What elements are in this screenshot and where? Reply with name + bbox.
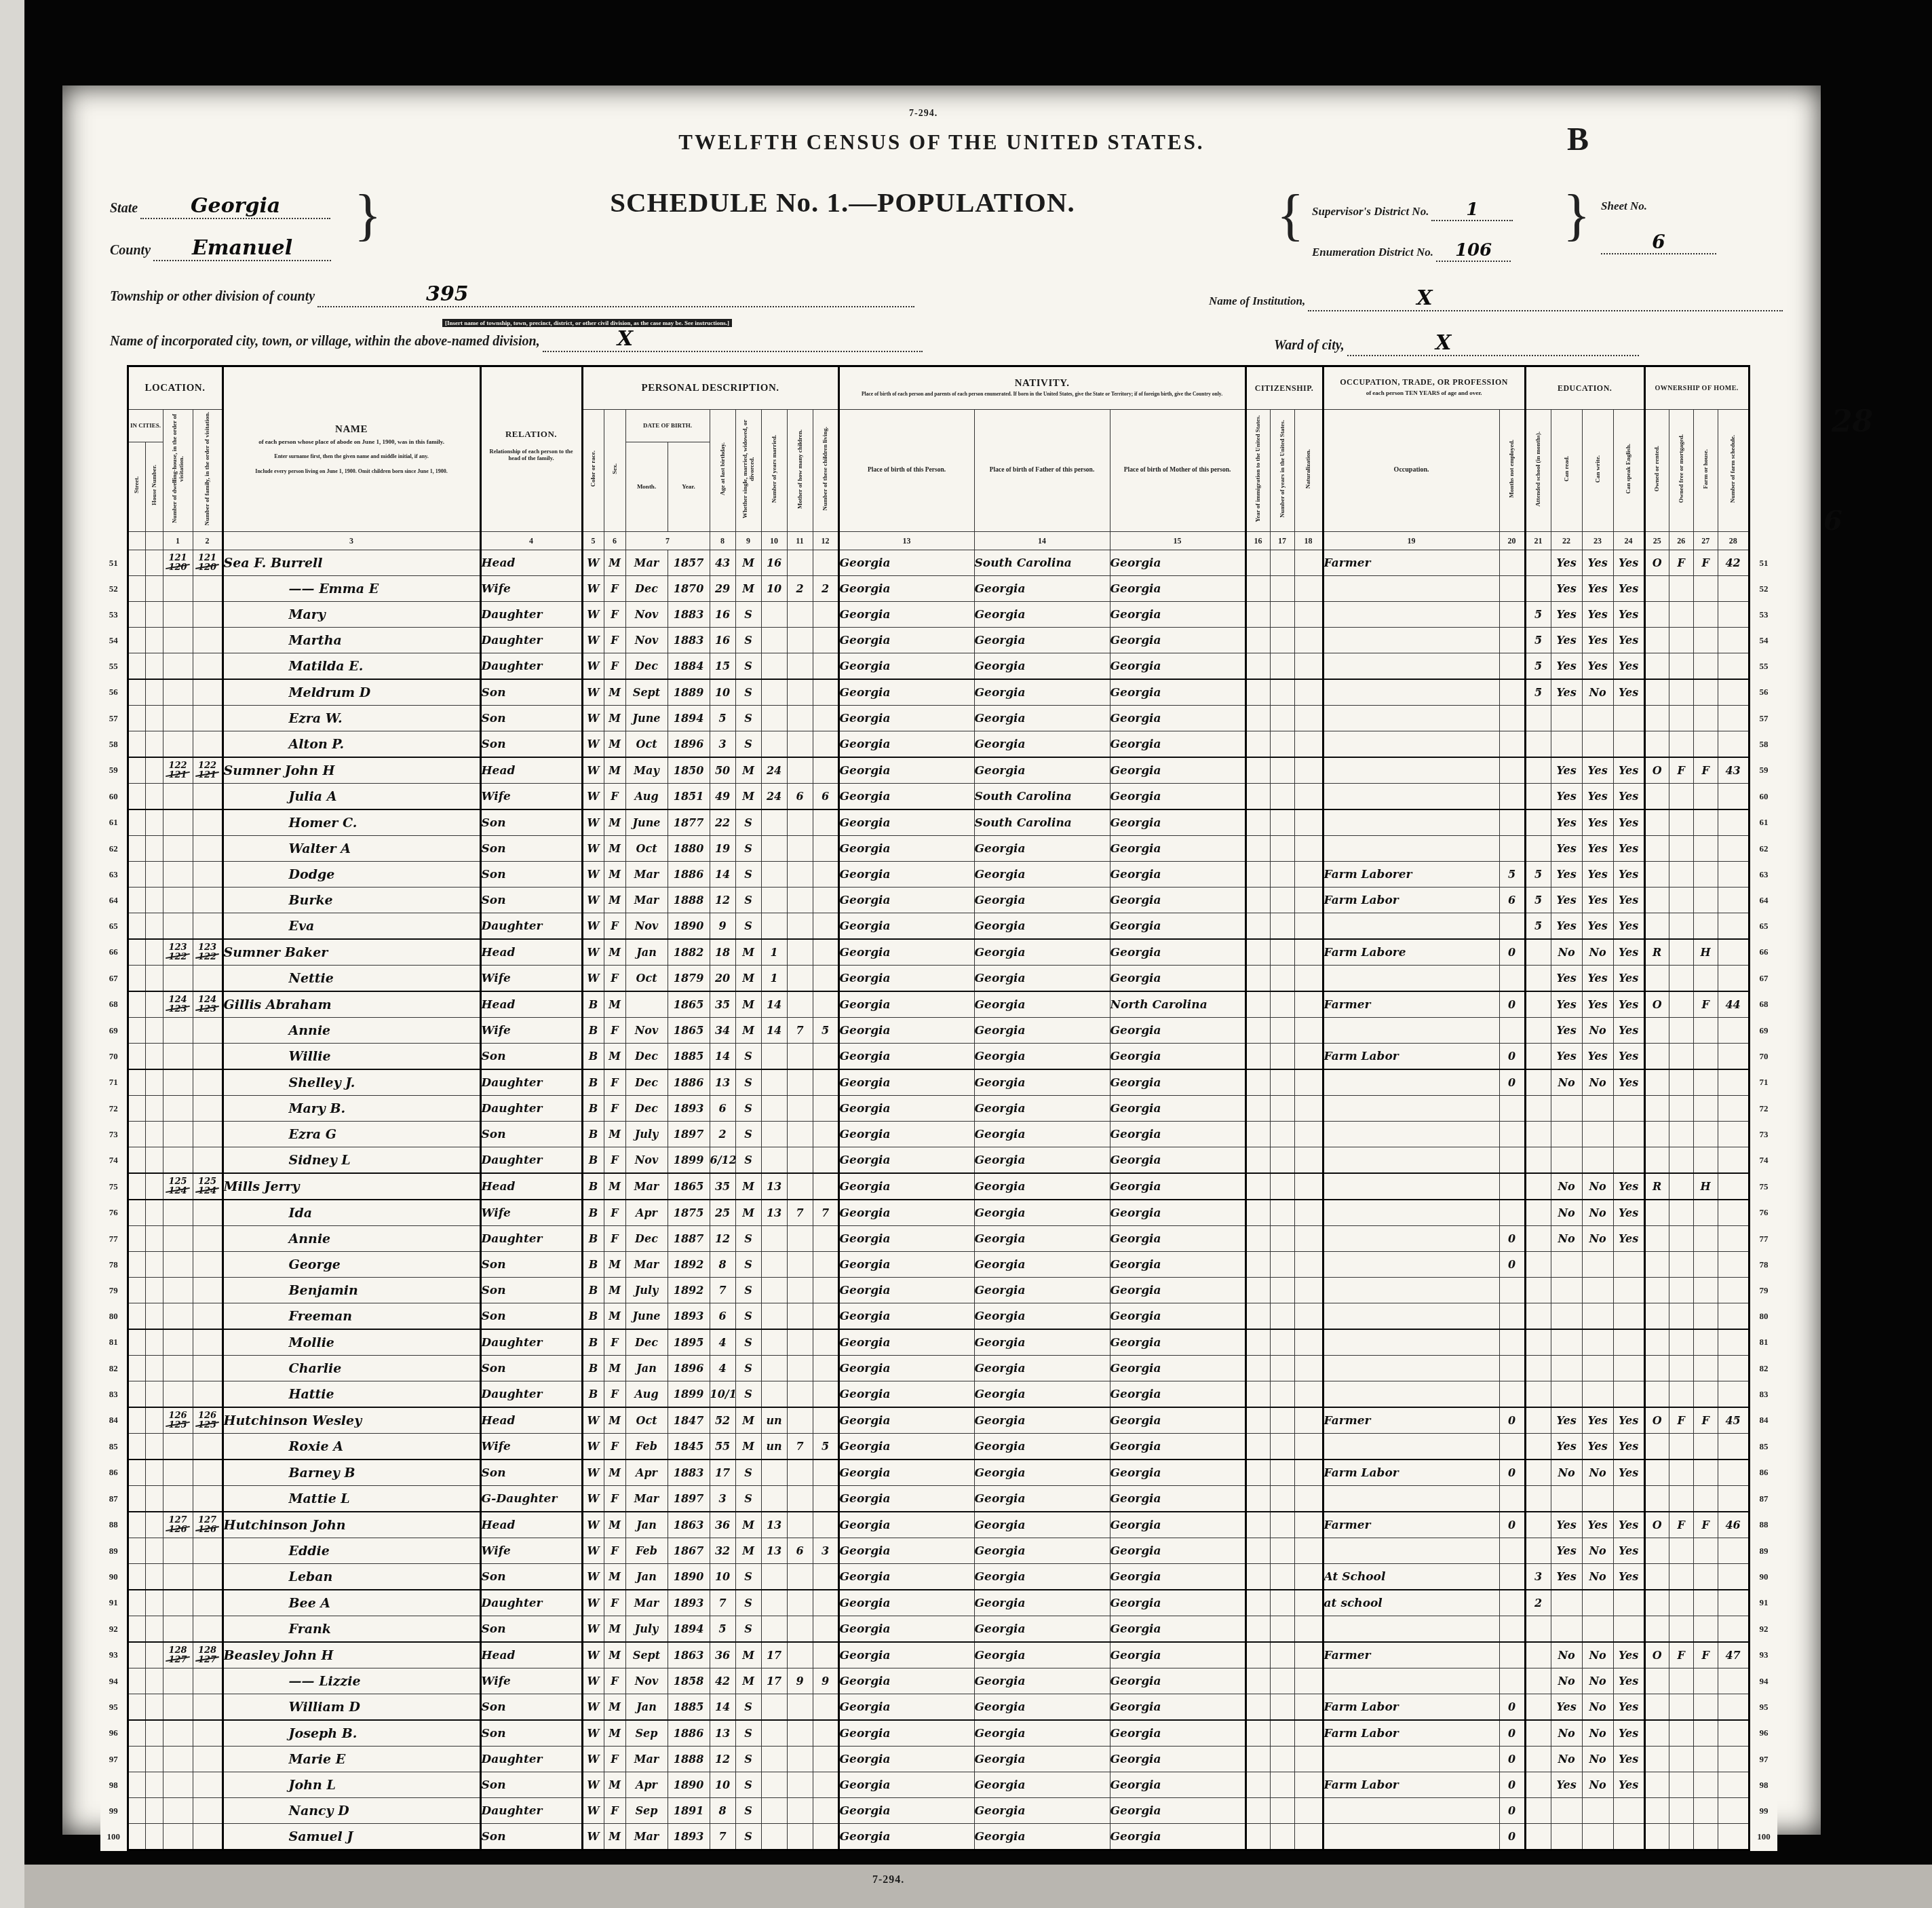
cell-color-race: W <box>582 862 604 888</box>
cell-owned-free-mortgaged <box>1669 1772 1693 1798</box>
cell-relation: Daughter <box>480 1798 582 1824</box>
cell-naturalization <box>1294 602 1323 628</box>
cell-name: Annie <box>223 1226 480 1252</box>
cell-months-not-employed <box>1499 1122 1525 1147</box>
row-number-right: 65 <box>1749 913 1777 940</box>
row-number-right: 85 <box>1749 1434 1777 1460</box>
cell-house-number <box>145 757 163 784</box>
cell-months-not-employed <box>1499 1173 1525 1200</box>
cell-age: 22 <box>710 809 735 836</box>
sheet-value: 6 <box>1652 231 1665 253</box>
cell-relation: Son <box>480 836 582 862</box>
cell-mother-of-children <box>787 1278 813 1303</box>
cell-pob-father: Georgia <box>974 1747 1110 1772</box>
cell-years-in-us <box>1270 1772 1294 1798</box>
cell-sex: F <box>604 1538 625 1564</box>
cell-pob-mother: North Carolina <box>1110 991 1245 1018</box>
cell-sex: M <box>604 836 625 862</box>
cell-attended-school <box>1525 1694 1551 1721</box>
cell-years-married <box>761 1096 787 1122</box>
cell-color-race: W <box>582 1824 604 1850</box>
cell-pob-person: Georgia <box>838 602 974 628</box>
cell-immigration-year <box>1245 550 1270 576</box>
cell-pob-person: Georgia <box>838 1303 974 1330</box>
cell-years-married <box>761 1824 787 1850</box>
cell-sex: M <box>604 550 625 576</box>
cell-name: William D <box>223 1694 480 1721</box>
table-header: LOCATION. NAME of each person whose plac… <box>100 366 1777 550</box>
cell-farm-or-house <box>1693 576 1718 602</box>
cell-pob-person: Georgia <box>838 966 974 992</box>
institution-label: Name of Institution, <box>1209 294 1305 307</box>
cell-can-speak-english: Yes <box>1613 991 1644 1018</box>
cell-owned-rented <box>1644 1747 1669 1772</box>
cell-sex: F <box>604 784 625 810</box>
cell-children-living: 9 <box>813 1668 838 1694</box>
cell-pob-mother: Georgia <box>1110 1824 1245 1850</box>
cell-marital-status: S <box>735 1278 761 1303</box>
cell-mother-of-children <box>787 1747 813 1772</box>
cell-family-number: 127 126 <box>193 1512 223 1538</box>
cell-birth-month <box>625 991 668 1018</box>
col-group-location: LOCATION. <box>128 366 223 410</box>
cell-mother-of-children <box>787 1486 813 1512</box>
cell-occupation <box>1323 653 1499 680</box>
cell-birth-month: Nov <box>625 1018 668 1044</box>
cell-mother-of-children <box>787 1069 813 1096</box>
table-row: 95 William D Son W M Jan 1885 14 S Georg… <box>100 1694 1777 1721</box>
cell-mother-of-children <box>787 836 813 862</box>
cell-marital-status: S <box>735 1459 761 1486</box>
row-number-right: 70 <box>1749 1044 1777 1070</box>
cell-can-read: Yes <box>1551 1694 1582 1721</box>
cell-age: 35 <box>710 991 735 1018</box>
cell-farm-or-house: F <box>1693 991 1718 1018</box>
cell-house-number <box>145 628 163 653</box>
cell-owned-rented <box>1644 809 1669 836</box>
cell-marital-status: S <box>735 1694 761 1721</box>
cell-birth-month: Apr <box>625 1772 668 1798</box>
cell-pob-person: Georgia <box>838 550 974 576</box>
cell-years-married <box>761 1616 787 1643</box>
cell-occupation: Farm Labore <box>1323 939 1499 966</box>
cell-birth-month: Nov <box>625 628 668 653</box>
relation-title: RELATION. <box>482 429 581 440</box>
cell-dwelling-number <box>163 679 193 706</box>
cell-farm-schedule-number <box>1718 1747 1749 1772</box>
row-number-right: 90 <box>1749 1564 1777 1590</box>
cell-mother-of-children: 7 <box>787 1200 813 1226</box>
cell-can-speak-english: Yes <box>1613 757 1644 784</box>
cell-years-married <box>761 1798 787 1824</box>
cell-birth-year: 1847 <box>668 1407 710 1434</box>
cell-house-number <box>145 1096 163 1122</box>
cell-pob-mother: Georgia <box>1110 1434 1245 1460</box>
cell-owned-free-mortgaged: F <box>1669 1407 1693 1434</box>
col-age: Age at last birthday. <box>710 410 735 532</box>
cell-years-in-us <box>1270 1407 1294 1434</box>
cell-can-speak-english: Yes <box>1613 1694 1644 1721</box>
cell-can-write <box>1582 1252 1613 1278</box>
cell-birth-year: 1870 <box>668 576 710 602</box>
cell-pob-father: Georgia <box>974 1303 1110 1330</box>
cell-can-read: No <box>1551 1459 1582 1486</box>
cell-can-read: Yes <box>1551 653 1582 680</box>
cell-can-read <box>1551 1824 1582 1850</box>
cell-children-living <box>813 1173 838 1200</box>
cell-pob-person: Georgia <box>838 1122 974 1147</box>
cell-marital-status: S <box>735 1329 761 1356</box>
cell-owned-rented <box>1644 1486 1669 1512</box>
cell-years-married <box>761 1747 787 1772</box>
cell-farm-or-house <box>1693 1747 1718 1772</box>
cell-can-speak-english <box>1613 1252 1644 1278</box>
cell-years-married <box>761 602 787 628</box>
cell-house-number <box>145 1538 163 1564</box>
cell-family-number: 128 127 <box>193 1642 223 1668</box>
cell-relation: Wife <box>480 1200 582 1226</box>
right-margin-head <box>1749 366 1777 550</box>
cell-pob-person: Georgia <box>838 1512 974 1538</box>
row-number-left: 92 <box>100 1616 128 1643</box>
cell-pob-mother: Georgia <box>1110 1512 1245 1538</box>
cell-house-number <box>145 1303 163 1330</box>
cell-owned-rented <box>1644 679 1669 706</box>
table-row: 87 Mattie L G-Daughter W F Mar 1897 3 S … <box>100 1486 1777 1512</box>
cell-naturalization <box>1294 1356 1323 1381</box>
cell-birth-month: Sept <box>625 679 668 706</box>
cell-name: —— Emma E <box>223 576 480 602</box>
cell-pob-father: Georgia <box>974 1044 1110 1070</box>
cell-birth-year: 1894 <box>668 1616 710 1643</box>
colnum-1: 1 <box>163 532 193 550</box>
cell-age: 8 <box>710 1798 735 1824</box>
cell-mother-of-children <box>787 1459 813 1486</box>
years-married-label: Number of years married. <box>771 435 777 503</box>
cell-marital-status: S <box>735 1226 761 1252</box>
left-brace: } <box>354 187 381 244</box>
cell-can-read: Yes <box>1551 679 1582 706</box>
col-mother-of: Mother of how many children. <box>787 410 813 532</box>
cell-birth-year: 1886 <box>668 1720 710 1747</box>
cell-years-married: 17 <box>761 1642 787 1668</box>
cell-dwelling-number <box>163 1252 193 1278</box>
cell-years-married <box>761 1147 787 1174</box>
margin-note-28: 28 <box>1832 404 1873 439</box>
cell-owned-rented <box>1644 1668 1669 1694</box>
cell-street <box>128 888 145 913</box>
cell-can-write: Yes <box>1582 550 1613 576</box>
cell-house-number <box>145 1512 163 1538</box>
supervisor-district-field: Supervisor's District No. 1 <box>1312 199 1513 221</box>
row-number-left: 77 <box>100 1226 128 1252</box>
cell-pob-father: Georgia <box>974 1252 1110 1278</box>
sheet-field: Sheet No. 6 <box>1601 199 1716 254</box>
cell-pob-father: Georgia <box>974 1069 1110 1096</box>
cell-dwelling-number <box>163 1303 193 1330</box>
cell-name: Ida <box>223 1200 480 1226</box>
cell-months-not-employed: 0 <box>1499 1694 1525 1721</box>
cell-relation: Son <box>480 1356 582 1381</box>
cell-immigration-year <box>1245 602 1270 628</box>
cell-birth-year: 1882 <box>668 939 710 966</box>
cell-pob-person: Georgia <box>838 731 974 758</box>
cell-marital-status: M <box>735 1642 761 1668</box>
cell-dwelling-number <box>163 1590 193 1616</box>
cell-house-number <box>145 966 163 992</box>
cell-occupation <box>1323 602 1499 628</box>
cell-immigration-year <box>1245 1434 1270 1460</box>
cell-age: 36 <box>710 1512 735 1538</box>
cell-street <box>128 1668 145 1694</box>
house-number-label: House Number. <box>151 465 157 505</box>
cell-months-not-employed <box>1499 1200 1525 1226</box>
cell-pob-mother: Georgia <box>1110 1356 1245 1381</box>
row-number-left: 69 <box>100 1018 128 1044</box>
cell-years-married: un <box>761 1434 787 1460</box>
cell-mother-of-children <box>787 1407 813 1434</box>
cell-birth-year: 1887 <box>668 1226 710 1252</box>
cell-farm-or-house <box>1693 1226 1718 1252</box>
cell-immigration-year <box>1245 1747 1270 1772</box>
cell-can-write <box>1582 1329 1613 1356</box>
cell-family-number <box>193 1096 223 1122</box>
cell-farm-or-house <box>1693 1044 1718 1070</box>
col-can-write: Can write. <box>1582 410 1613 532</box>
cell-dwelling-number <box>163 1824 193 1850</box>
cell-children-living: 5 <box>813 1018 838 1044</box>
cell-naturalization <box>1294 731 1323 758</box>
cell-street <box>128 550 145 576</box>
row-number-left: 51 <box>100 550 128 576</box>
cell-years-in-us <box>1270 731 1294 758</box>
cell-years-in-us <box>1270 1642 1294 1668</box>
cell-naturalization <box>1294 1044 1323 1070</box>
cell-owned-rented: R <box>1644 939 1669 966</box>
cell-pob-person: Georgia <box>838 1564 974 1590</box>
cell-occupation: Farm Labor <box>1323 1720 1499 1747</box>
cell-birth-month: June <box>625 706 668 731</box>
cell-can-write <box>1582 1616 1613 1643</box>
cell-dwelling-number: 123 122 <box>163 939 193 966</box>
cell-farm-or-house: F <box>1693 1407 1718 1434</box>
cell-birth-month: Nov <box>625 1668 668 1694</box>
cell-street <box>128 1694 145 1721</box>
cell-farm-schedule-number <box>1718 1096 1749 1122</box>
cell-color-race: B <box>582 1381 604 1408</box>
cell-name: Mattie L <box>223 1486 480 1512</box>
cell-can-write: Yes <box>1582 966 1613 992</box>
cell-birth-year: 1899 <box>668 1381 710 1408</box>
cell-can-read <box>1551 1096 1582 1122</box>
cell-years-married <box>761 679 787 706</box>
cell-immigration-year <box>1245 1512 1270 1538</box>
cell-owned-free-mortgaged <box>1669 784 1693 810</box>
cell-can-write: Yes <box>1582 1407 1613 1434</box>
cell-can-read <box>1551 1798 1582 1824</box>
cell-name: Eva <box>223 913 480 940</box>
state-value: Georgia <box>191 194 280 218</box>
cell-can-write <box>1582 1278 1613 1303</box>
supervisor-value: 1 <box>1466 199 1478 220</box>
cell-immigration-year <box>1245 913 1270 940</box>
cell-years-married <box>761 1590 787 1616</box>
cell-can-read: Yes <box>1551 1434 1582 1460</box>
table-row: 62 Walter A Son W M Oct 1880 19 S Georgi… <box>100 836 1777 862</box>
table-row: 52 —— Emma E Wife W F Dec 1870 29 M 10 2… <box>100 576 1777 602</box>
cell-sex: M <box>604 1720 625 1747</box>
cell-age: 13 <box>710 1720 735 1747</box>
cell-months-not-employed: 0 <box>1499 1747 1525 1772</box>
cell-owned-rented <box>1644 1538 1669 1564</box>
col-color: Color or race. <box>582 410 604 532</box>
cell-pob-mother: Georgia <box>1110 913 1245 940</box>
cell-farm-or-house: F <box>1693 1512 1718 1538</box>
cell-occupation: Farm Labor <box>1323 888 1499 913</box>
col-group-name: NAME of each person whose place of abode… <box>223 366 480 532</box>
cell-owned-rented <box>1644 1147 1669 1174</box>
cell-dwelling-number <box>163 1798 193 1824</box>
cell-street <box>128 1200 145 1226</box>
cell-farm-or-house <box>1693 1147 1718 1174</box>
cell-mother-of-children: 6 <box>787 784 813 810</box>
cell-birth-year: 1888 <box>668 888 710 913</box>
cell-birth-month: July <box>625 1278 668 1303</box>
cell-attended-school <box>1525 1642 1551 1668</box>
cell-pob-father: Georgia <box>974 1616 1110 1643</box>
cell-pob-father: Georgia <box>974 1226 1110 1252</box>
cell-mother-of-children <box>787 939 813 966</box>
row-number-left: 100 <box>100 1824 128 1850</box>
cell-street <box>128 913 145 940</box>
cell-pob-father: Georgia <box>974 706 1110 731</box>
cell-family-number <box>193 1694 223 1721</box>
cell-can-read <box>1551 1616 1582 1643</box>
cell-months-not-employed <box>1499 731 1525 758</box>
cell-color-race: B <box>582 991 604 1018</box>
cell-occupation <box>1323 1096 1499 1122</box>
cell-years-in-us <box>1270 706 1294 731</box>
cell-house-number <box>145 1044 163 1070</box>
cell-birth-year: 1865 <box>668 991 710 1018</box>
cell-birth-year: 1897 <box>668 1486 710 1512</box>
cell-street <box>128 1616 145 1643</box>
cell-attended-school <box>1525 757 1551 784</box>
cell-years-in-us <box>1270 1616 1294 1643</box>
cell-attended-school <box>1525 1096 1551 1122</box>
cell-relation: Head <box>480 1173 582 1200</box>
cell-attended-school <box>1525 1798 1551 1824</box>
cell-pob-father: Georgia <box>974 1096 1110 1122</box>
cell-age: 17 <box>710 1459 735 1486</box>
institution-field: Name of Institution, X <box>1209 286 1783 311</box>
cell-color-race: B <box>582 1173 604 1200</box>
cell-dwelling-number <box>163 1381 193 1408</box>
cell-owned-rented <box>1644 913 1669 940</box>
cell-attended-school <box>1525 1512 1551 1538</box>
cell-pob-father: Georgia <box>974 1459 1110 1486</box>
cell-years-in-us <box>1270 1147 1294 1174</box>
table-row: 56 Meldrum D Son W M Sept 1889 10 S Geor… <box>100 679 1777 706</box>
row-number-left: 71 <box>100 1069 128 1096</box>
cell-age: 13 <box>710 1069 735 1096</box>
row-number-right: 79 <box>1749 1278 1777 1303</box>
cell-can-speak-english <box>1613 1356 1644 1381</box>
cell-sex: M <box>604 862 625 888</box>
cell-pob-mother: Georgia <box>1110 1538 1245 1564</box>
cell-naturalization <box>1294 1747 1323 1772</box>
cell-family-number <box>193 1200 223 1226</box>
cell-can-speak-english: Yes <box>1613 628 1644 653</box>
cell-marital-status: S <box>735 731 761 758</box>
cell-marital-status: S <box>735 836 761 862</box>
cell-name: Roxie A <box>223 1434 480 1460</box>
cell-pob-father: Georgia <box>974 1824 1110 1850</box>
cell-dwelling-number <box>163 1616 193 1643</box>
cell-sex: M <box>604 706 625 731</box>
cell-naturalization <box>1294 1407 1323 1434</box>
cell-birth-year: 1885 <box>668 1694 710 1721</box>
cell-color-race: W <box>582 1772 604 1798</box>
cell-sex: F <box>604 1069 625 1096</box>
cell-years-in-us <box>1270 1564 1294 1590</box>
cell-street <box>128 1381 145 1408</box>
cell-family-number <box>193 862 223 888</box>
cell-farm-or-house <box>1693 1329 1718 1356</box>
cell-can-speak-english: Yes <box>1613 602 1644 628</box>
cell-farm-schedule-number <box>1718 862 1749 888</box>
cell-pob-father: Georgia <box>974 939 1110 966</box>
cell-attended-school: 5 <box>1525 913 1551 940</box>
cell-dwelling-number <box>163 1069 193 1096</box>
cell-dwelling-number <box>163 1694 193 1721</box>
cell-years-married: 17 <box>761 1668 787 1694</box>
age-label: Age at last birthday. <box>719 442 726 495</box>
cell-dwelling-number: 127 126 <box>163 1512 193 1538</box>
cell-occupation <box>1323 1018 1499 1044</box>
cell-birth-year: 1885 <box>668 1044 710 1070</box>
cell-mother-of-children: 7 <box>787 1434 813 1460</box>
cell-years-in-us <box>1270 1226 1294 1252</box>
cell-dwelling-number <box>163 862 193 888</box>
cell-marital-status: S <box>735 1798 761 1824</box>
cell-owned-free-mortgaged <box>1669 966 1693 992</box>
cell-family-number <box>193 1381 223 1408</box>
cell-color-race: W <box>582 1694 604 1721</box>
cell-years-married: 24 <box>761 784 787 810</box>
cell-pob-person: Georgia <box>838 706 974 731</box>
cell-immigration-year <box>1245 1486 1270 1512</box>
cell-owned-rented <box>1644 1720 1669 1747</box>
cell-attended-school <box>1525 1486 1551 1512</box>
cell-street <box>128 1226 145 1252</box>
cell-attended-school <box>1525 1173 1551 1200</box>
cell-months-not-employed: 6 <box>1499 888 1525 913</box>
cell-attended-school <box>1525 1747 1551 1772</box>
cell-mother-of-children <box>787 862 813 888</box>
cell-marital-status: S <box>735 1564 761 1590</box>
cell-birth-year: 1890 <box>668 1772 710 1798</box>
cell-birth-year: 1875 <box>668 1200 710 1226</box>
cell-can-write <box>1582 1096 1613 1122</box>
cell-months-not-employed: 0 <box>1499 1772 1525 1798</box>
row-number-right: 75 <box>1749 1173 1777 1200</box>
cell-owned-rented <box>1644 602 1669 628</box>
cell-marital-status: S <box>735 706 761 731</box>
cell-years-in-us <box>1270 888 1294 913</box>
cell-months-not-employed <box>1499 706 1525 731</box>
cell-family-number <box>193 731 223 758</box>
